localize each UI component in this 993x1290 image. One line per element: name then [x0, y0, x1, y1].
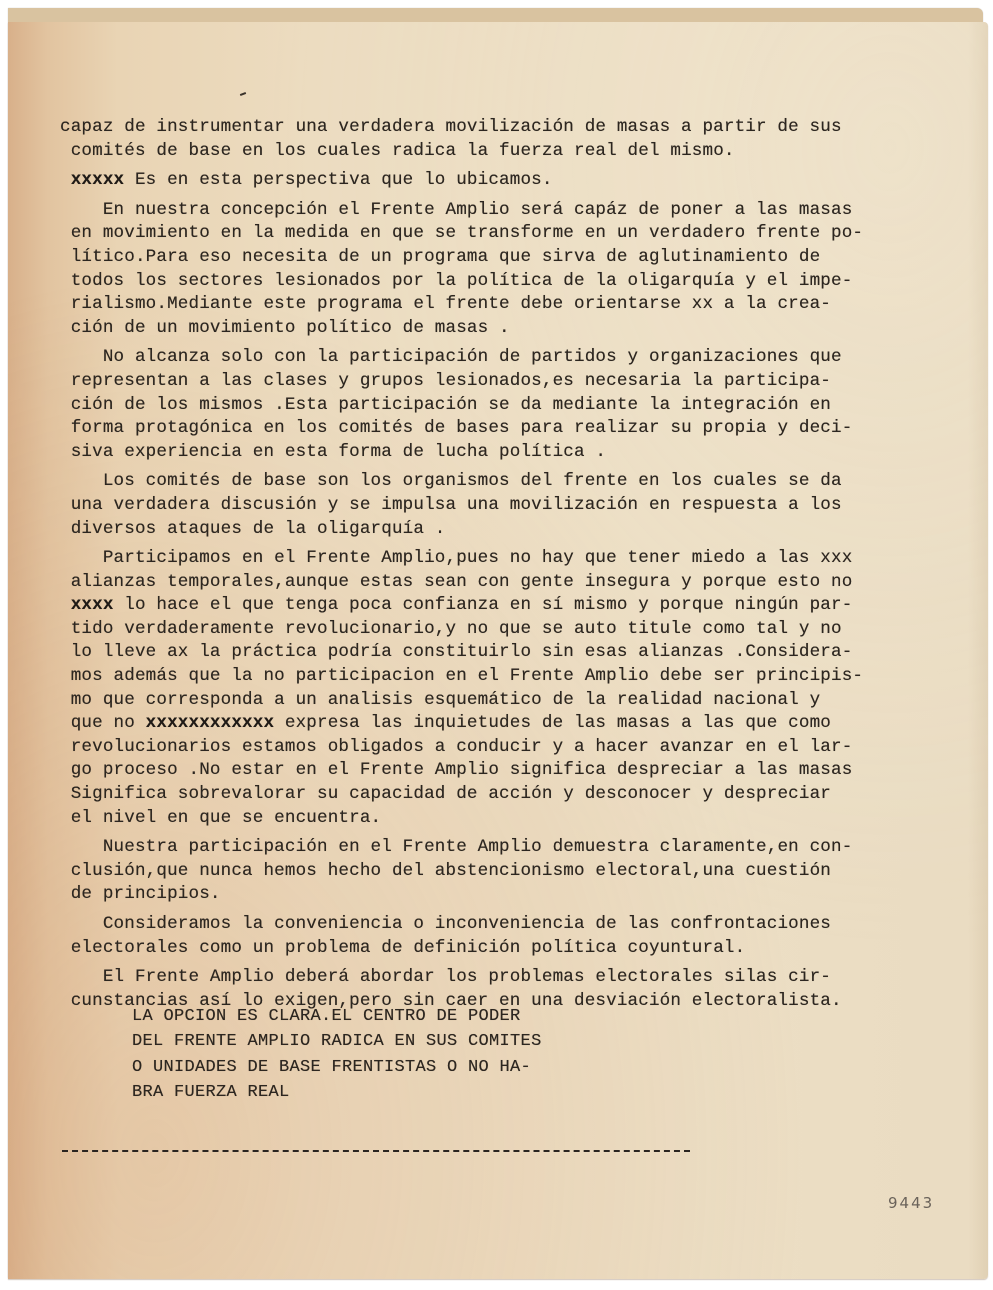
text-line: El Frente Amplio deberá abordar los prob…: [60, 966, 960, 990]
text-line: todos los sectores lesionados por la pol…: [60, 270, 960, 294]
text-line: capaz de instrumentar una verdadera movi…: [60, 116, 960, 140]
text-line: mos además que la no participacion en el…: [60, 665, 960, 689]
text-line: siva experiencia en esta forma de lucha …: [60, 441, 960, 465]
text-line: comités de base en los cuales radica la …: [60, 140, 960, 164]
closing-line: O UNIDADES DE BASE FRENTISTAS O NO HA-: [132, 1055, 542, 1080]
text-line: xxxxx Es en esta perspectiva que lo ubic…: [60, 169, 960, 193]
text-line: una verdadera discusión y se impulsa una…: [60, 494, 960, 518]
text-line: Significa sobrevalorar su capacidad de a…: [60, 783, 960, 807]
text-line: representan a las clases y grupos lesion…: [60, 370, 960, 394]
text-line: revolucionarios estamos obligados a cond…: [60, 736, 960, 760]
text-line: Consideramos la conveniencia o inconveni…: [60, 913, 960, 937]
text-line: el nivel en que se encuentra.: [60, 807, 960, 831]
text-line: diversos ataques de la oligarquía .: [60, 518, 960, 542]
handwritten-page-number: 9443: [888, 1194, 934, 1212]
struck-out-text: xxxxx: [71, 170, 125, 190]
struck-out-text: xxxx: [71, 595, 114, 615]
text-line: que no xxxxxxxxxxxx expresa las inquietu…: [60, 712, 960, 736]
dashed-divider-rule: [62, 1150, 690, 1152]
struck-out-text: xxxxxxxxxxxx: [146, 713, 275, 733]
text-line: En nuestra concepción el Frente Amplio s…: [60, 199, 960, 223]
text-line: Nuestra participación en el Frente Ampli…: [60, 836, 960, 860]
text-line: en movimiento en la medida en que se tra…: [60, 222, 960, 246]
text-line: lítico.Para eso necesita de un programa …: [60, 246, 960, 270]
text-line: No alcanza solo con la participación de …: [60, 346, 960, 370]
text-line: Participamos en el Frente Amplio,pues no…: [60, 547, 960, 571]
text-line: mo que corresponda a un analisis esquemá…: [60, 689, 960, 713]
text-line: rialismo.Mediante este programa el frent…: [60, 293, 960, 317]
text-line: go proceso .No estar en el Frente Amplio…: [60, 759, 960, 783]
text-line: alianzas temporales,aunque estas sean co…: [60, 571, 960, 595]
text-line: electorales como un problema de definici…: [60, 937, 960, 961]
closing-line: LA OPCION ES CLARA.EL CENTRO DE PODER: [132, 1004, 542, 1029]
text-line: xxxx lo hace el que tenga poca confianza…: [60, 594, 960, 618]
closing-statement: LA OPCION ES CLARA.EL CENTRO DE PODER DE…: [132, 1004, 542, 1106]
text-line: clusión,que nunca hemos hecho del absten…: [60, 860, 960, 884]
text-line: lo lleve ax la práctica podría constitui…: [60, 641, 960, 665]
closing-line: DEL FRENTE AMPLIO RADICA EN SUS COMITES: [132, 1029, 542, 1054]
typewritten-body: capaz de instrumentar una verdadera movi…: [60, 116, 960, 1013]
text-line: forma protagónica en los comités de base…: [60, 417, 960, 441]
text-line: ción de un movimiento político de masas …: [60, 317, 960, 341]
text-line: de principios.: [60, 883, 960, 907]
text-line: ción de los mismos .Esta participación s…: [60, 394, 960, 418]
closing-line: BRA FUERZA REAL: [132, 1080, 542, 1105]
text-line: Los comités de base son los organismos d…: [60, 470, 960, 494]
text-line: tido verdaderamente revolucionario,y no …: [60, 618, 960, 642]
